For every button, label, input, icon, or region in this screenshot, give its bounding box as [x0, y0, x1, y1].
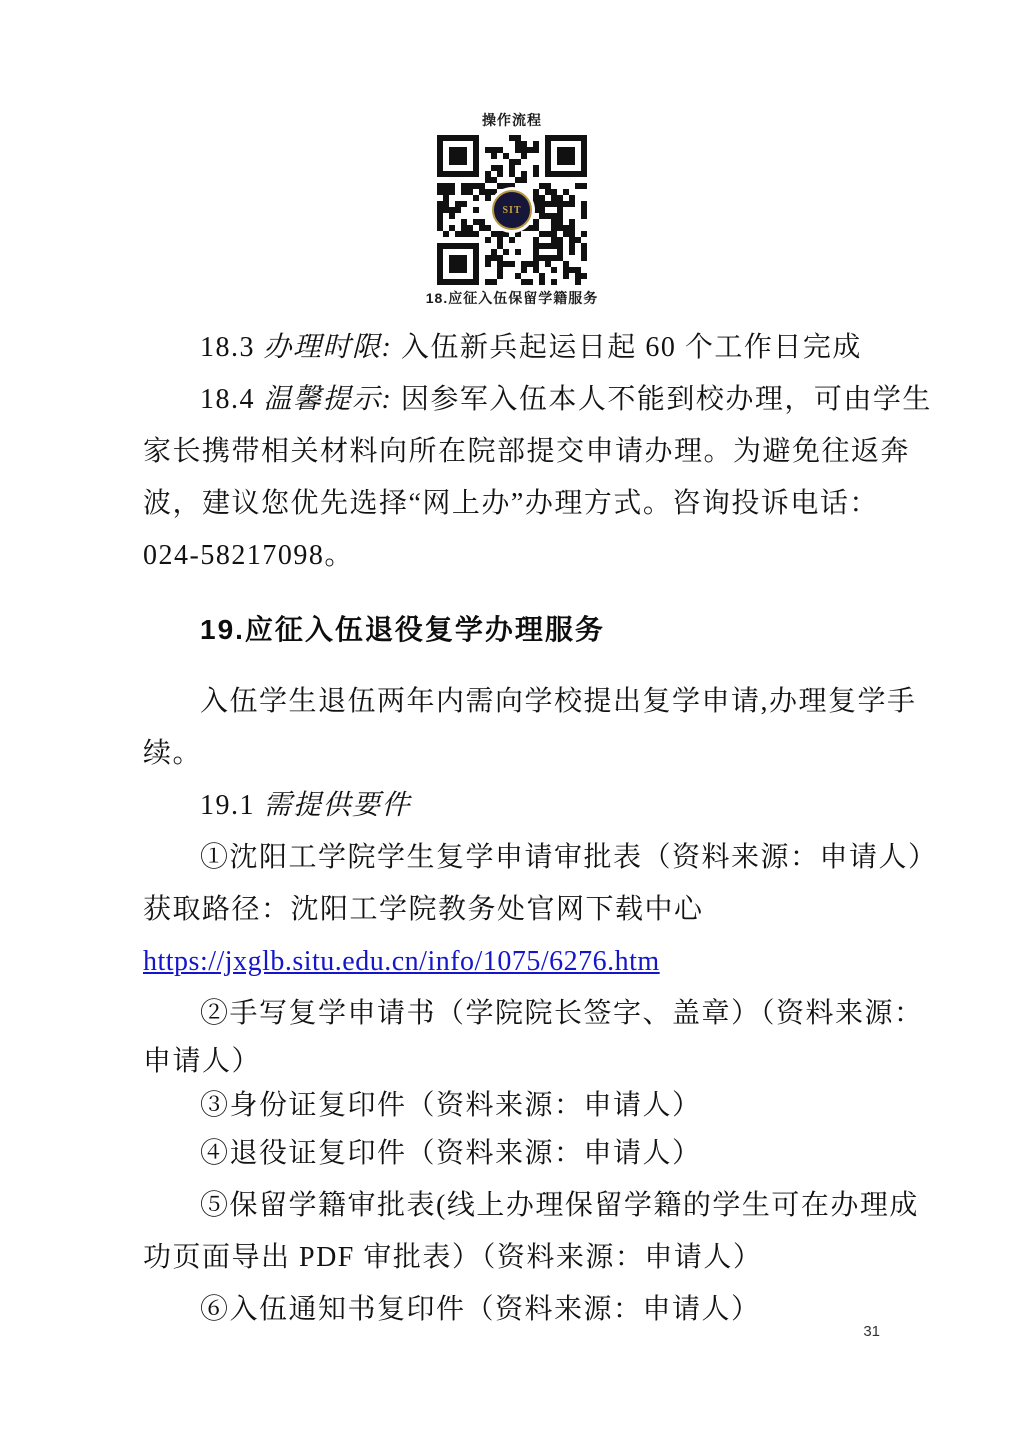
text-segment: 18.3 [200, 332, 264, 363]
text-segment: ⑤保留学籍审批表(线上办理保留学籍的学生可在办理成 [200, 1190, 919, 1221]
text-segment: 续。 [143, 738, 202, 769]
section-heading-text: 19.应征入伍退役复学办理服务 [200, 614, 605, 645]
doc-line: ③身份证复印件（资料来源：申请人） [143, 1084, 904, 1128]
hyperlink[interactable]: https://jxglb.situ.edu.cn/info/1075/6276… [143, 946, 660, 977]
text-segment: ⑥入伍通知书复印件（资料来源：申请人） [200, 1294, 761, 1325]
doc-line: 18.4 温馨提示: 因参军入伍本人不能到校办理，可由学生 [143, 374, 904, 426]
text-segment: 波，建议您优先选择“网上办”办理方式。咨询投诉电话： [143, 488, 879, 519]
doc-line: 功页面导出 PDF 审批表）（资料来源：申请人） [143, 1232, 904, 1284]
doc-line: 续。 [143, 728, 904, 780]
qr-top-label: 操作流程 [0, 110, 1024, 130]
text-segment: 入伍新兵起运日起 60 个工作日完成 [401, 332, 862, 363]
section-heading: 19.应征入伍退役复学办理服务 [143, 608, 904, 652]
link-line: https://jxglb.situ.edu.cn/info/1075/6276… [143, 936, 904, 988]
text-segment: ④退役证复印件（资料来源：申请人） [200, 1138, 702, 1169]
qr-bottom-label: 18.应征入伍保留学籍服务 [0, 288, 1024, 308]
text-segment: 入伍学生退伍两年内需向学校提出复学申请,办理复学手 [200, 686, 917, 717]
qr-logo-text: SIT [502, 205, 521, 216]
doc-line: 19.1 需提供要件 [143, 780, 904, 832]
text-segment: ②手写复学申请书（学院院长签字、盖章）（资料来源： [200, 998, 924, 1029]
doc-line: ②手写复学申请书（学院院长签字、盖章）（资料来源： [143, 988, 904, 1040]
doc-line: 024-58217098。 [143, 530, 904, 582]
doc-line: 申请人） [143, 1040, 904, 1084]
text-segment: 温馨提示: [264, 384, 401, 415]
content: 18.3 办理时限: 入伍新兵起运日起 60 个工作日完成18.4 温馨提示: … [0, 308, 1024, 1336]
qr-section: 操作流程 SIT 18.应征入伍保留学籍服务 [0, 0, 1024, 308]
text-segment: 获取路径：沈阳工学院教务处官网下载中心 [143, 894, 704, 925]
text-segment: 18.4 [200, 384, 264, 415]
doc-line: 获取路径：沈阳工学院教务处官网下载中心 [143, 884, 904, 936]
doc-line: 波，建议您优先选择“网上办”办理方式。咨询投诉电话： [143, 478, 904, 530]
text-segment: 家长携带相关材料向所在院部提交申请办理。为避免往返奔 [143, 436, 910, 467]
text-segment: 功页面导出 PDF 审批表）（资料来源：申请人） [143, 1242, 762, 1273]
doc-line: ⑤保留学籍审批表(线上办理保留学籍的学生可在办理成 [143, 1180, 904, 1232]
text-segment: 19.1 [200, 790, 264, 821]
document-page: 操作流程 SIT 18.应征入伍保留学籍服务 18.3 办理时限: 入伍新兵起运… [0, 0, 1024, 1448]
text-segment: ③身份证复印件（资料来源：申请人） [200, 1090, 702, 1121]
doc-line: ⑥入伍通知书复印件（资料来源：申请人） [143, 1284, 904, 1336]
qr-center-logo-icon: SIT [492, 190, 532, 230]
text-segment: 因参军入伍本人不能到校办理，可由学生 [401, 384, 932, 415]
qr-code: SIT [437, 135, 587, 285]
text-segment: 办理时限: [264, 332, 401, 363]
doc-line: 入伍学生退伍两年内需向学校提出复学申请,办理复学手 [143, 676, 904, 728]
doc-line: ①沈阳工学院学生复学申请审批表（资料来源：申请人） [143, 832, 904, 884]
doc-line: 18.3 办理时限: 入伍新兵起运日起 60 个工作日完成 [143, 322, 904, 374]
text-segment: 申请人） [143, 1046, 261, 1077]
page-number: 31 [863, 1323, 880, 1340]
doc-line: ④退役证复印件（资料来源：申请人） [143, 1128, 904, 1180]
doc-line: 家长携带相关材料向所在院部提交申请办理。为避免往返奔 [143, 426, 904, 478]
text-segment: 需提供要件 [264, 790, 412, 821]
text-segment: 024-58217098。 [143, 540, 354, 571]
text-segment: ①沈阳工学院学生复学申请审批表（资料来源：申请人） [200, 842, 938, 873]
